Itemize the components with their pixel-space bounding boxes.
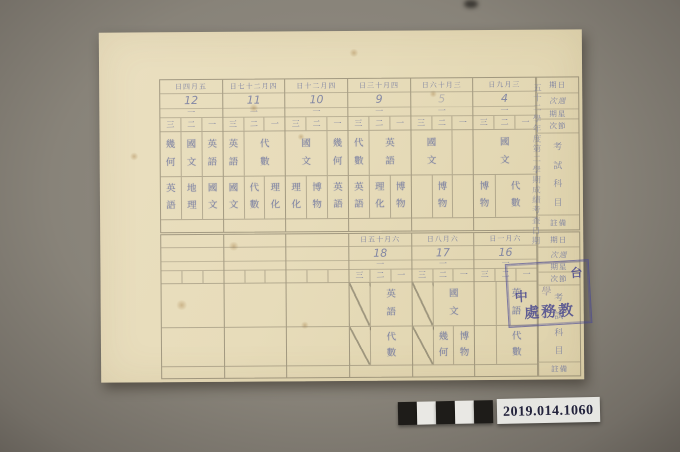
calibration-square-black [398,402,417,425]
lower-subject-row: 代數 [475,325,537,364]
subject-cell: 代數 [244,131,285,175]
subject-cell: 英語 [349,175,370,217]
note-cell [225,366,287,378]
handwritten-char: 物 [460,348,470,358]
handwritten-char: 度 [531,135,543,145]
subject-cell [225,327,287,365]
subject-cell: 幾何 [327,131,348,175]
handwritten-char: 日 [530,226,542,236]
note-cell [474,217,536,230]
subject-cell [162,327,224,365]
date-column: 日九月三4一三二一國文博物代數 [473,78,537,230]
date-cell: 日十二月四 [285,79,347,94]
lower-subject-row: 博物 [411,175,473,218]
handwritten-char: 語 [386,307,396,317]
handwritten-char: 英 [166,184,176,194]
foxing-spot [130,152,139,160]
handwritten-char: 二 [531,104,543,114]
label-note: 註備 [537,215,579,229]
handwritten-char: 博 [396,182,406,192]
handwritten-char: 國 [301,139,311,149]
subject-cell: 國文 [474,129,536,173]
office-stamp: 台 中 學 處務教 [505,259,593,328]
handwritten-char: 英 [229,139,239,149]
period-cell [245,270,266,282]
period-cell: 三 [412,269,433,281]
handwritten-char: 物 [480,199,490,209]
subject-cell: 幾何 [433,326,454,364]
period-cell [308,270,329,282]
handwritten-char: 科 [553,177,563,190]
upper-subject-row: 國文 [411,130,473,175]
period-cell: 三 [475,268,496,280]
weekday-cell [161,261,223,270]
week-number-cell: 18 [349,247,411,261]
period-cell [329,269,349,281]
week-number-cell [161,248,223,262]
date-column: 日五十月六18一三二一英語代數 [349,234,413,377]
period-row [161,270,223,283]
subject-cell [453,175,473,217]
period-cell: 二 [181,118,202,131]
subject-cell: 國文 [223,176,244,218]
upper-subject-row: 英語代數 [223,131,285,176]
weekday-cell: 一 [411,107,473,116]
top-edge-smudge [464,0,478,8]
date-cell [224,234,286,248]
period-cell: 三 [349,269,370,281]
label-date: 期日 [537,232,579,247]
handwritten-char: 語 [208,157,218,167]
period-row: 三二一 [286,117,348,131]
lower-subject-row: 國文代數理化 [223,176,285,219]
handwritten-char: 博 [438,182,448,192]
handwritten-char: 目 [553,196,563,209]
note-cell [224,219,286,232]
slash-cell [350,326,371,364]
date-cell: 日九月三 [473,78,535,93]
period-cell: 三 [160,118,181,131]
handwritten-char: 理 [187,201,197,211]
handwritten-char: 十 [531,94,543,104]
handwritten-char: 理 [291,183,301,193]
handwritten-char: 五 [531,84,543,94]
lower-subject-row: 幾何博物 [413,326,475,365]
subject-cell: 國文 [181,132,202,176]
handwritten-char: 語 [166,201,176,211]
handwritten-char: 成 [530,186,542,196]
subject-cell [411,175,432,217]
photo-background: 日四月五12一三二一幾何國文英語英語地理國文日七十二月四11一三二一英語代數國文… [0,0,680,452]
period-row: 三二一 [160,117,222,131]
subject-cell: 博物 [391,175,411,217]
subject-cell: 英語 [328,176,348,218]
period-cell: 一 [265,117,285,130]
subject-cell: 國文 [286,131,328,175]
handwritten-char: 數 [354,156,364,166]
week-number-cell [287,247,349,261]
weekday-cell: 一 [223,108,285,117]
upper-subject-row: 英語 [350,282,412,326]
period-cell: 二 [369,116,390,129]
handwritten-char: 期 [530,237,542,247]
period-cell: 一 [390,116,410,129]
subject-cell [287,326,349,364]
handwritten-char: 何 [439,348,449,358]
handwritten-char: 何 [333,157,343,167]
note-cell [413,365,475,377]
handwritten-char: 科 [554,326,564,339]
period-cell: 三 [411,116,432,129]
slash-cell [350,282,372,325]
period-cell: 三 [474,116,495,129]
weekday-cell: 一 [349,260,411,269]
date-column [287,234,351,377]
handwritten-char: 物 [396,200,406,210]
catalog-label: 2019.014.1060 [497,397,600,424]
handwritten-char: 國 [208,184,218,194]
subject-cell: 代數 [371,326,412,364]
handwritten-char: 第 [531,145,543,155]
calibration-square-white [417,401,436,424]
week-number-cell: 17 [412,246,474,260]
handwritten-char: 績 [530,196,542,206]
slash-cell [413,326,434,364]
handwritten-char: 期 [531,175,543,185]
note-cell [287,365,349,377]
upper-subject-row: 代數英語 [348,130,410,175]
handwritten-char: 考 [553,139,563,152]
handwritten-char: 代 [387,332,397,342]
subject-cell: 博物 [307,176,328,218]
date-cell [287,234,349,248]
handwritten-char: 國 [427,138,437,148]
date-columns: 日四月五12一三二一幾何國文英語英語地理國文日七十二月四11一三二一英語代數國文… [160,78,537,233]
calibration-strip: 2019.014.1060 [398,397,600,426]
foxing-spot [349,49,359,57]
handwritten-char: 語 [333,200,343,210]
subject-cell: 國文 [411,130,453,174]
handwritten-char: 英 [385,138,395,148]
handwritten-char: 國 [500,137,510,147]
handwritten-char: 化 [271,201,281,211]
handwritten-char: 代 [512,331,522,341]
subject-cell [224,283,286,326]
handwritten-char: 代 [250,183,260,193]
note-cell [161,219,223,232]
calibration-square-black [436,401,455,424]
label-note: 註備 [538,362,580,375]
period-row: 三二一 [349,269,411,282]
subject-cell: 代數 [348,130,370,174]
subject-cell [453,130,474,174]
period-cell: 二 [432,116,453,129]
subject-cell: 英語 [223,131,245,175]
handwritten-char: 英 [208,139,218,149]
handwritten-char: 博 [312,183,322,193]
handwritten-char: 試 [553,158,563,171]
upper-subject-row: 幾何國文英語 [160,131,222,176]
weekday-cell: 一 [348,107,410,116]
weekday-cell: 一 [160,108,222,117]
period-cell: 一 [328,117,348,130]
subject-cell: 英語 [370,130,411,174]
upper-subject-row: 國文幾何 [286,131,348,176]
handwritten-char: 文 [301,157,311,167]
subject-cell: 博物 [432,175,453,217]
handwritten-char: 數 [250,201,260,211]
week-number-cell: 4 [474,92,536,107]
subject-cell [475,325,496,363]
handwritten-char: 文 [208,201,218,211]
subject-cell [287,282,349,325]
week-number-cell: 12 [160,94,222,109]
handwritten-char: 化 [291,201,301,211]
weekday-cell [287,261,349,270]
period-cell: 二 [307,117,328,130]
lower-subject-row: 英語地理國文 [161,176,223,219]
handwritten-char: 語 [229,157,239,167]
handwritten-char: 數 [512,347,522,357]
handwritten-char: 幾 [166,140,176,150]
weekday-cell [224,261,286,270]
handwritten-char: 地 [187,184,197,194]
handwritten-char: 語 [354,200,364,210]
date-cell: 日三十月四 [348,79,410,94]
subject-cell: 英語 [161,177,182,219]
period-row: 三二一 [412,269,474,282]
handwritten-char: 代 [260,139,270,149]
period-cell [224,270,245,282]
handwritten-char: 文 [427,156,437,166]
date-column: 日八月六17一三二一國文幾何博物 [412,233,476,376]
period-cell: 一 [202,117,222,130]
handwritten-char: 理 [375,183,385,193]
handwritten-char: 查 [530,216,542,226]
handwritten-char: 年 [531,124,543,134]
date-column: 日七十二月四11一三二一英語代數國文代數理化 [223,79,287,231]
note-cell [286,219,348,232]
note-cell [162,366,224,378]
slash-cell [412,282,434,325]
upper-subject-row: 國文 [474,129,536,174]
lower-subject-row: 英語理化博物 [349,175,411,218]
date-cell: 日四月五 [160,80,222,95]
upper-subject-row [162,283,224,327]
document-paper: 日四月五12一三二一幾何國文英語英語地理國文日七十二月四11一三二一英語代數國文… [99,29,584,382]
week-number-cell: 10 [286,93,348,108]
date-column: 日六十月三5一三二一國文博物 [411,78,475,230]
period-cell: 二 [244,117,265,130]
week-number-cell: 5 [411,92,473,107]
week-number-cell [224,248,286,262]
note-cell [412,218,474,231]
handwritten-char: 學 [531,165,543,175]
date-column [161,235,225,378]
handwritten-char: 國 [449,289,459,299]
period-cell: 二 [370,269,391,281]
period-cell: 三 [223,117,244,130]
subject-cell: 幾何 [160,132,181,176]
handwritten-char: 英 [333,183,343,193]
subject-cell: 理化 [265,176,285,218]
vertical-annotation: 五十二學年度第二學期成績考查日期 [530,84,544,247]
handwritten-char: 理 [270,183,280,193]
handwritten-char: 二 [531,155,543,165]
period-cell: 一 [453,116,473,129]
handwritten-char: 英 [386,290,396,300]
subject-cell: 博物 [474,175,496,217]
weekday-cell: 一 [474,106,536,115]
period-cell [182,271,203,283]
handwritten-char: 學 [531,114,543,124]
period-cell: 三 [348,116,369,129]
period-row: 三二一 [223,117,285,131]
subject-cell: 理化 [370,175,391,217]
handwritten-char: 考 [530,206,542,216]
lower-subject-row: 代數 [350,326,412,365]
date-cell: 日七十二月四 [223,79,285,94]
subject-cell: 英語 [371,282,412,325]
handwritten-char: 國 [187,140,197,150]
weekday-cell: 一 [286,108,348,117]
subject-cell: 地理 [182,177,203,219]
handwritten-char: 文 [500,155,510,165]
date-columns: 日五十月六18一三二一英語代數日八月六17一三二一國文幾何博物日一月六16一三二… [161,233,538,379]
period-row [287,269,349,282]
week-number-cell: 11 [223,94,285,109]
upper-subject-row [287,282,349,326]
upper-subject-row [224,283,286,327]
handwritten-char: 物 [312,200,322,210]
week-number-cell: 9 [348,93,410,108]
handwritten-char: 博 [460,332,470,342]
period-cell [266,270,286,282]
catalog-number: 2019.014.1060 [503,403,594,420]
date-cell: 日八月六 [412,233,474,247]
lower-subject-row: 理化博物英語 [286,176,348,219]
subject-cell: 國文 [203,176,223,218]
period-cell [287,270,308,282]
period-row [224,270,286,283]
handwritten-char: 數 [387,348,397,358]
period-cell: 一 [454,269,474,281]
calibration-square-black [474,400,493,423]
date-column: 日四月五12一三二一幾何國文英語英語地理國文 [160,80,224,232]
lower-subject-row: 博物代數 [474,174,536,217]
date-cell: 日六十月三 [411,78,473,93]
subject-cell [162,283,224,326]
stamp-char-top-right: 台 [570,264,583,282]
handwritten-char: 國 [229,184,239,194]
lower-subject-row [287,326,349,365]
handwritten-char: 數 [511,199,521,209]
subject-cell: 代數 [496,325,537,363]
handwritten-char: 文 [229,201,239,211]
upper-subject-row: 國文 [412,282,474,326]
handwritten-char: 文 [187,158,197,168]
subject-cell: 代數 [244,176,265,218]
period-row: 三二一 [474,115,536,129]
date-column [224,234,288,377]
period-cell: 二 [433,269,454,281]
handwritten-char: 幾 [439,332,449,342]
period-row: 三二一 [348,116,410,130]
handwritten-char: 幾 [333,139,343,149]
date-column: 日十二月四10一三二一國文幾何理化博物英語 [285,79,349,231]
handwritten-char: 英 [354,183,364,193]
handwritten-char: 代 [511,182,521,192]
period-row: 三二一 [411,116,473,130]
date-cell [161,235,223,249]
handwritten-char: 代 [354,138,364,148]
handwritten-char: 數 [260,157,270,167]
note-cell [475,364,537,376]
subject-cell: 理化 [286,176,307,218]
upper-exam-schedule-table: 日四月五12一三二一幾何國文英語英語地理國文日七十二月四11一三二一英語代數國文… [159,76,580,233]
period-cell [161,271,182,283]
period-cell: 三 [286,117,307,130]
lower-subject-row [162,327,224,366]
handwritten-char: 化 [375,200,385,210]
week-number-cell: 16 [475,246,537,260]
period-cell: 一 [391,269,411,281]
period-cell: 二 [495,115,516,128]
date-cell: 日五十月六 [349,234,411,248]
stamp-bottom-row: 處務教 [508,298,591,324]
note-cell [350,365,412,377]
weekday-cell: 一 [412,260,474,269]
handwritten-char: 文 [449,307,459,317]
subject-cell: 英語 [202,131,222,175]
subject-cell: 博物 [454,326,474,364]
handwritten-char: 博 [480,182,490,192]
period-cell [203,270,223,282]
handwritten-char: 目 [554,344,564,357]
lower-subject-row [225,327,287,366]
handwritten-char: 何 [166,158,176,168]
handwritten-char: 語 [385,156,395,166]
handwritten-char: 物 [438,199,448,209]
subject-cell [475,281,497,324]
stamp-char-mid-center: 學 [541,282,552,298]
date-cell: 日一月六 [475,233,537,247]
note-cell [349,218,411,231]
subject-cell: 國文 [433,282,474,325]
date-column: 日三十月四9一三二一代數英語英語理化博物 [348,79,412,231]
calibration-square-white [455,401,474,424]
